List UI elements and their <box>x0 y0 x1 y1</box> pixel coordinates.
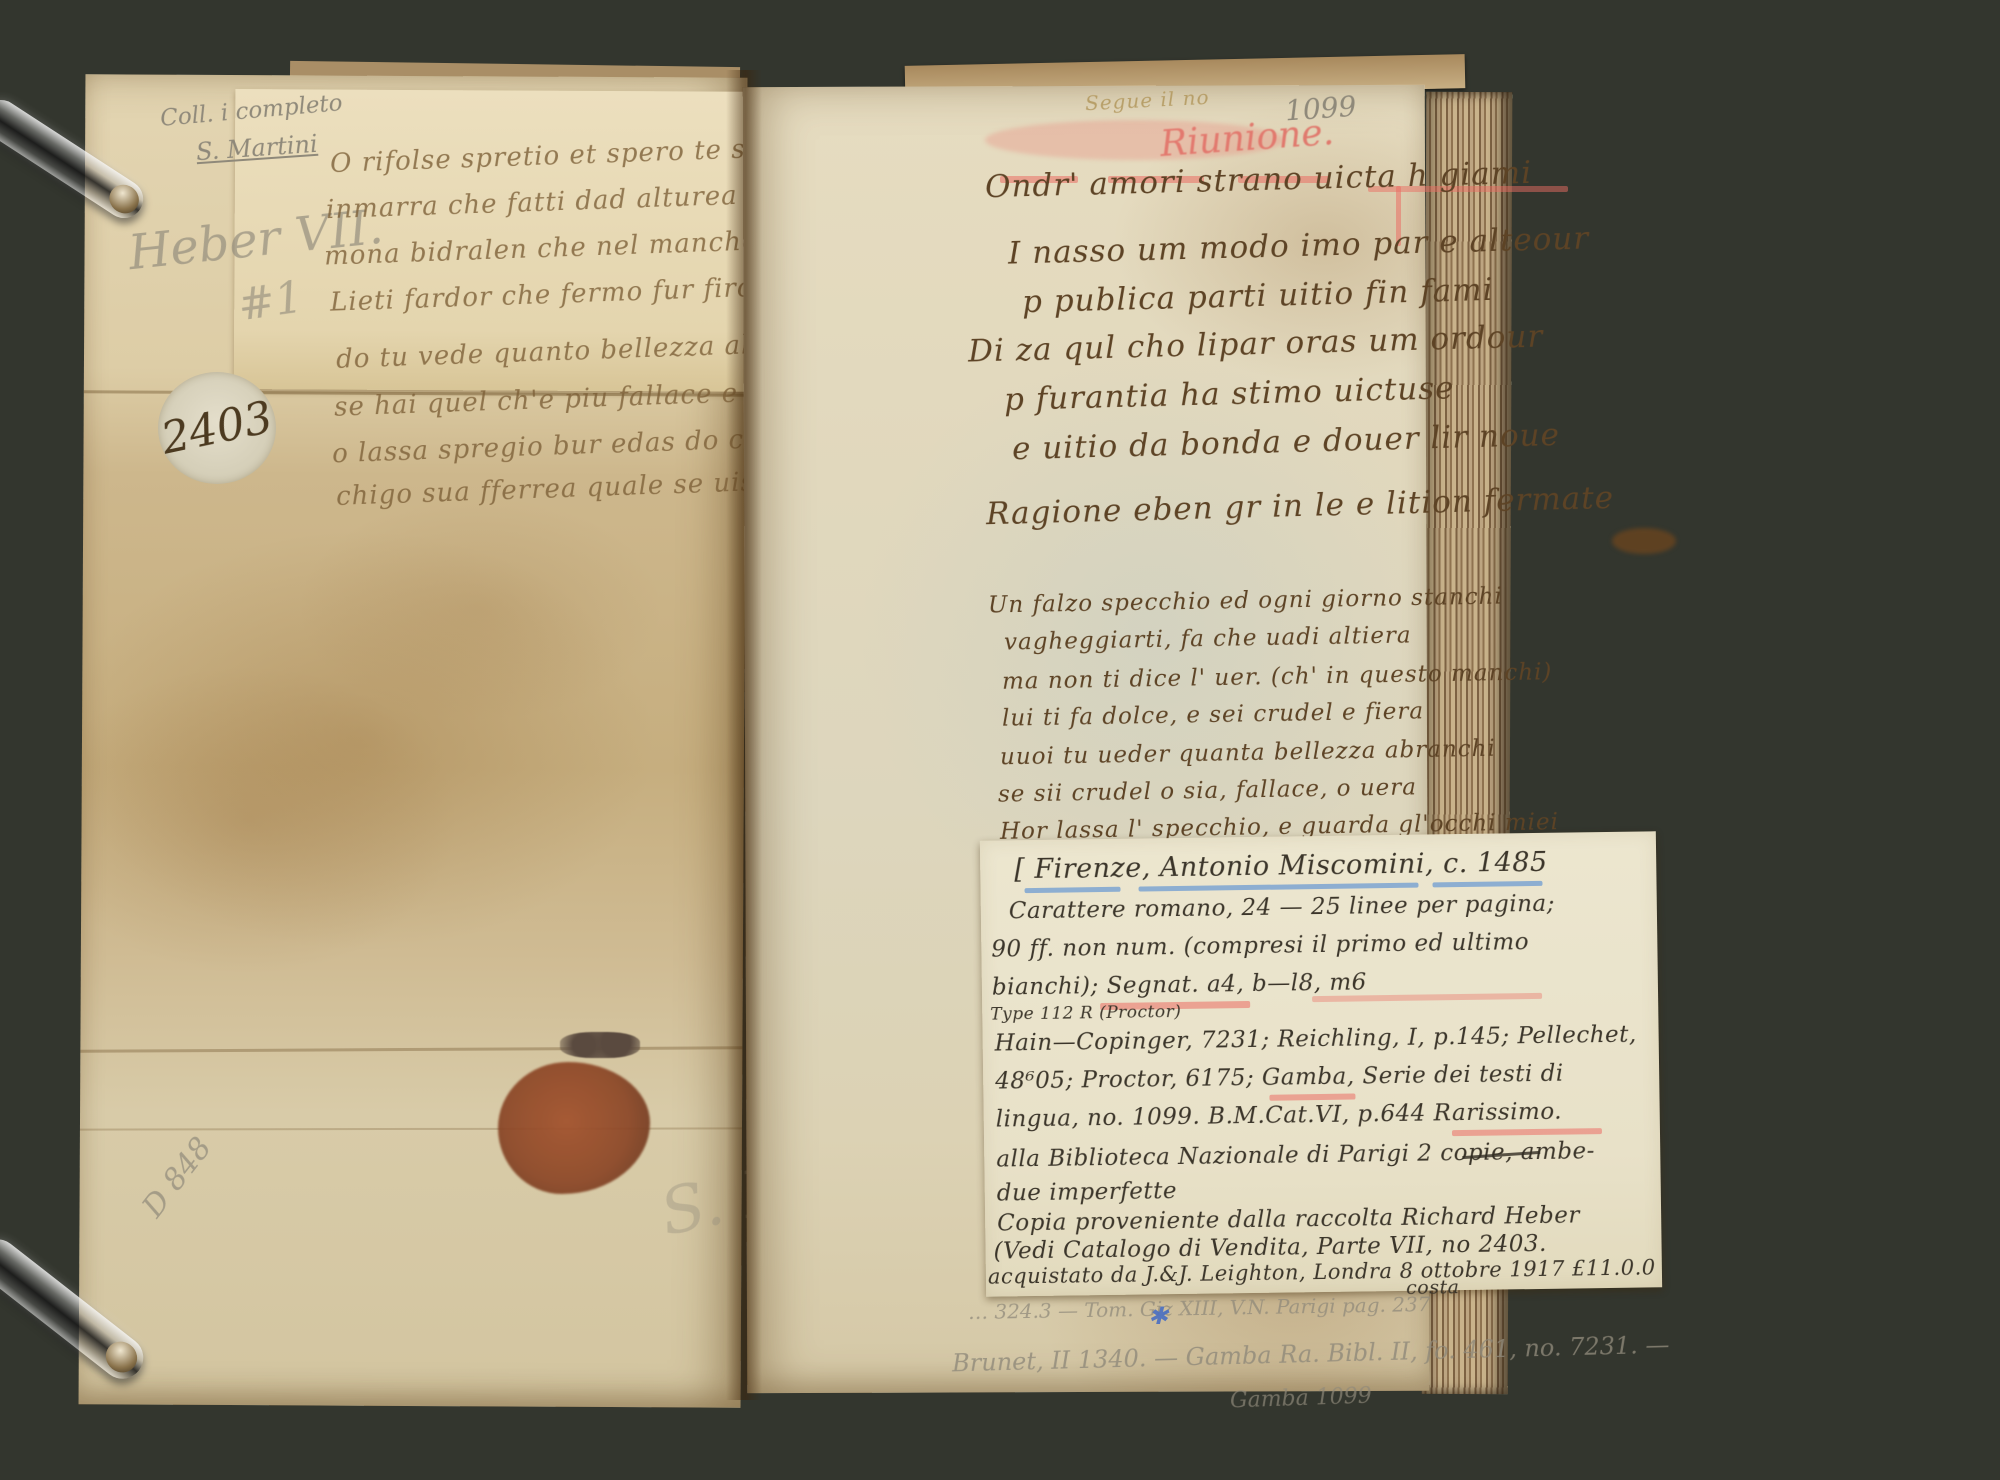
bibliographic-card: [ Firenze, Antonio Miscomini, c. 1485 Ca… <box>980 831 1662 1296</box>
card-line-references2: 48⁶05; Proctor, 6175; Gamba, Serie dei t… <box>995 1061 1564 1095</box>
card-line-type: Carattere romano, 24 — 25 linee per pagi… <box>1009 891 1555 925</box>
pencil-shelfmark-number: #1 <box>235 272 306 332</box>
blue-underline <box>1025 887 1121 893</box>
red-underline <box>1452 1128 1602 1136</box>
card-line-typeface: Type 112 R (Proctor) <box>990 1002 1181 1025</box>
card-line-imprint: [ Firenze, Antonio Miscomini, c. 1485 <box>1014 847 1548 885</box>
blue-underline <box>1432 881 1542 888</box>
ink-spatter <box>560 1032 640 1058</box>
faded-red-inscription <box>985 120 1285 160</box>
blue-underline <box>1139 883 1419 892</box>
circular-label-2403: 2403 <box>158 372 276 484</box>
card-line-references3: lingua, no. 1099. B.M.Cat.VI, p.644 Rari… <box>996 1099 1563 1133</box>
vellum-seam <box>80 1046 742 1052</box>
bottom-pencil-line: Gamba 1099 <box>1230 1384 1373 1414</box>
card-line-imperfette: due imperfette <box>997 1178 1178 1207</box>
card-line-collation: bianchi); Segnat. a4, b—l8, m6 <box>992 969 1367 1000</box>
card-line-references1: Hain—Copinger, 7231; Reichling, I, p.145… <box>995 1022 1637 1057</box>
book-gutter-shadow <box>726 70 762 1400</box>
red-underline <box>1269 1094 1355 1101</box>
stamp-number: 2403 <box>157 391 277 464</box>
blue-asterisk: ✱ <box>1148 1302 1168 1330</box>
manuscript-photo: Coll. i completo S. Martini Heber VII. #… <box>0 0 2000 1480</box>
brown-smudge <box>1612 528 1676 554</box>
card-line-folios: 90 ff. non num. (compresi il primo ed ul… <box>991 929 1529 963</box>
